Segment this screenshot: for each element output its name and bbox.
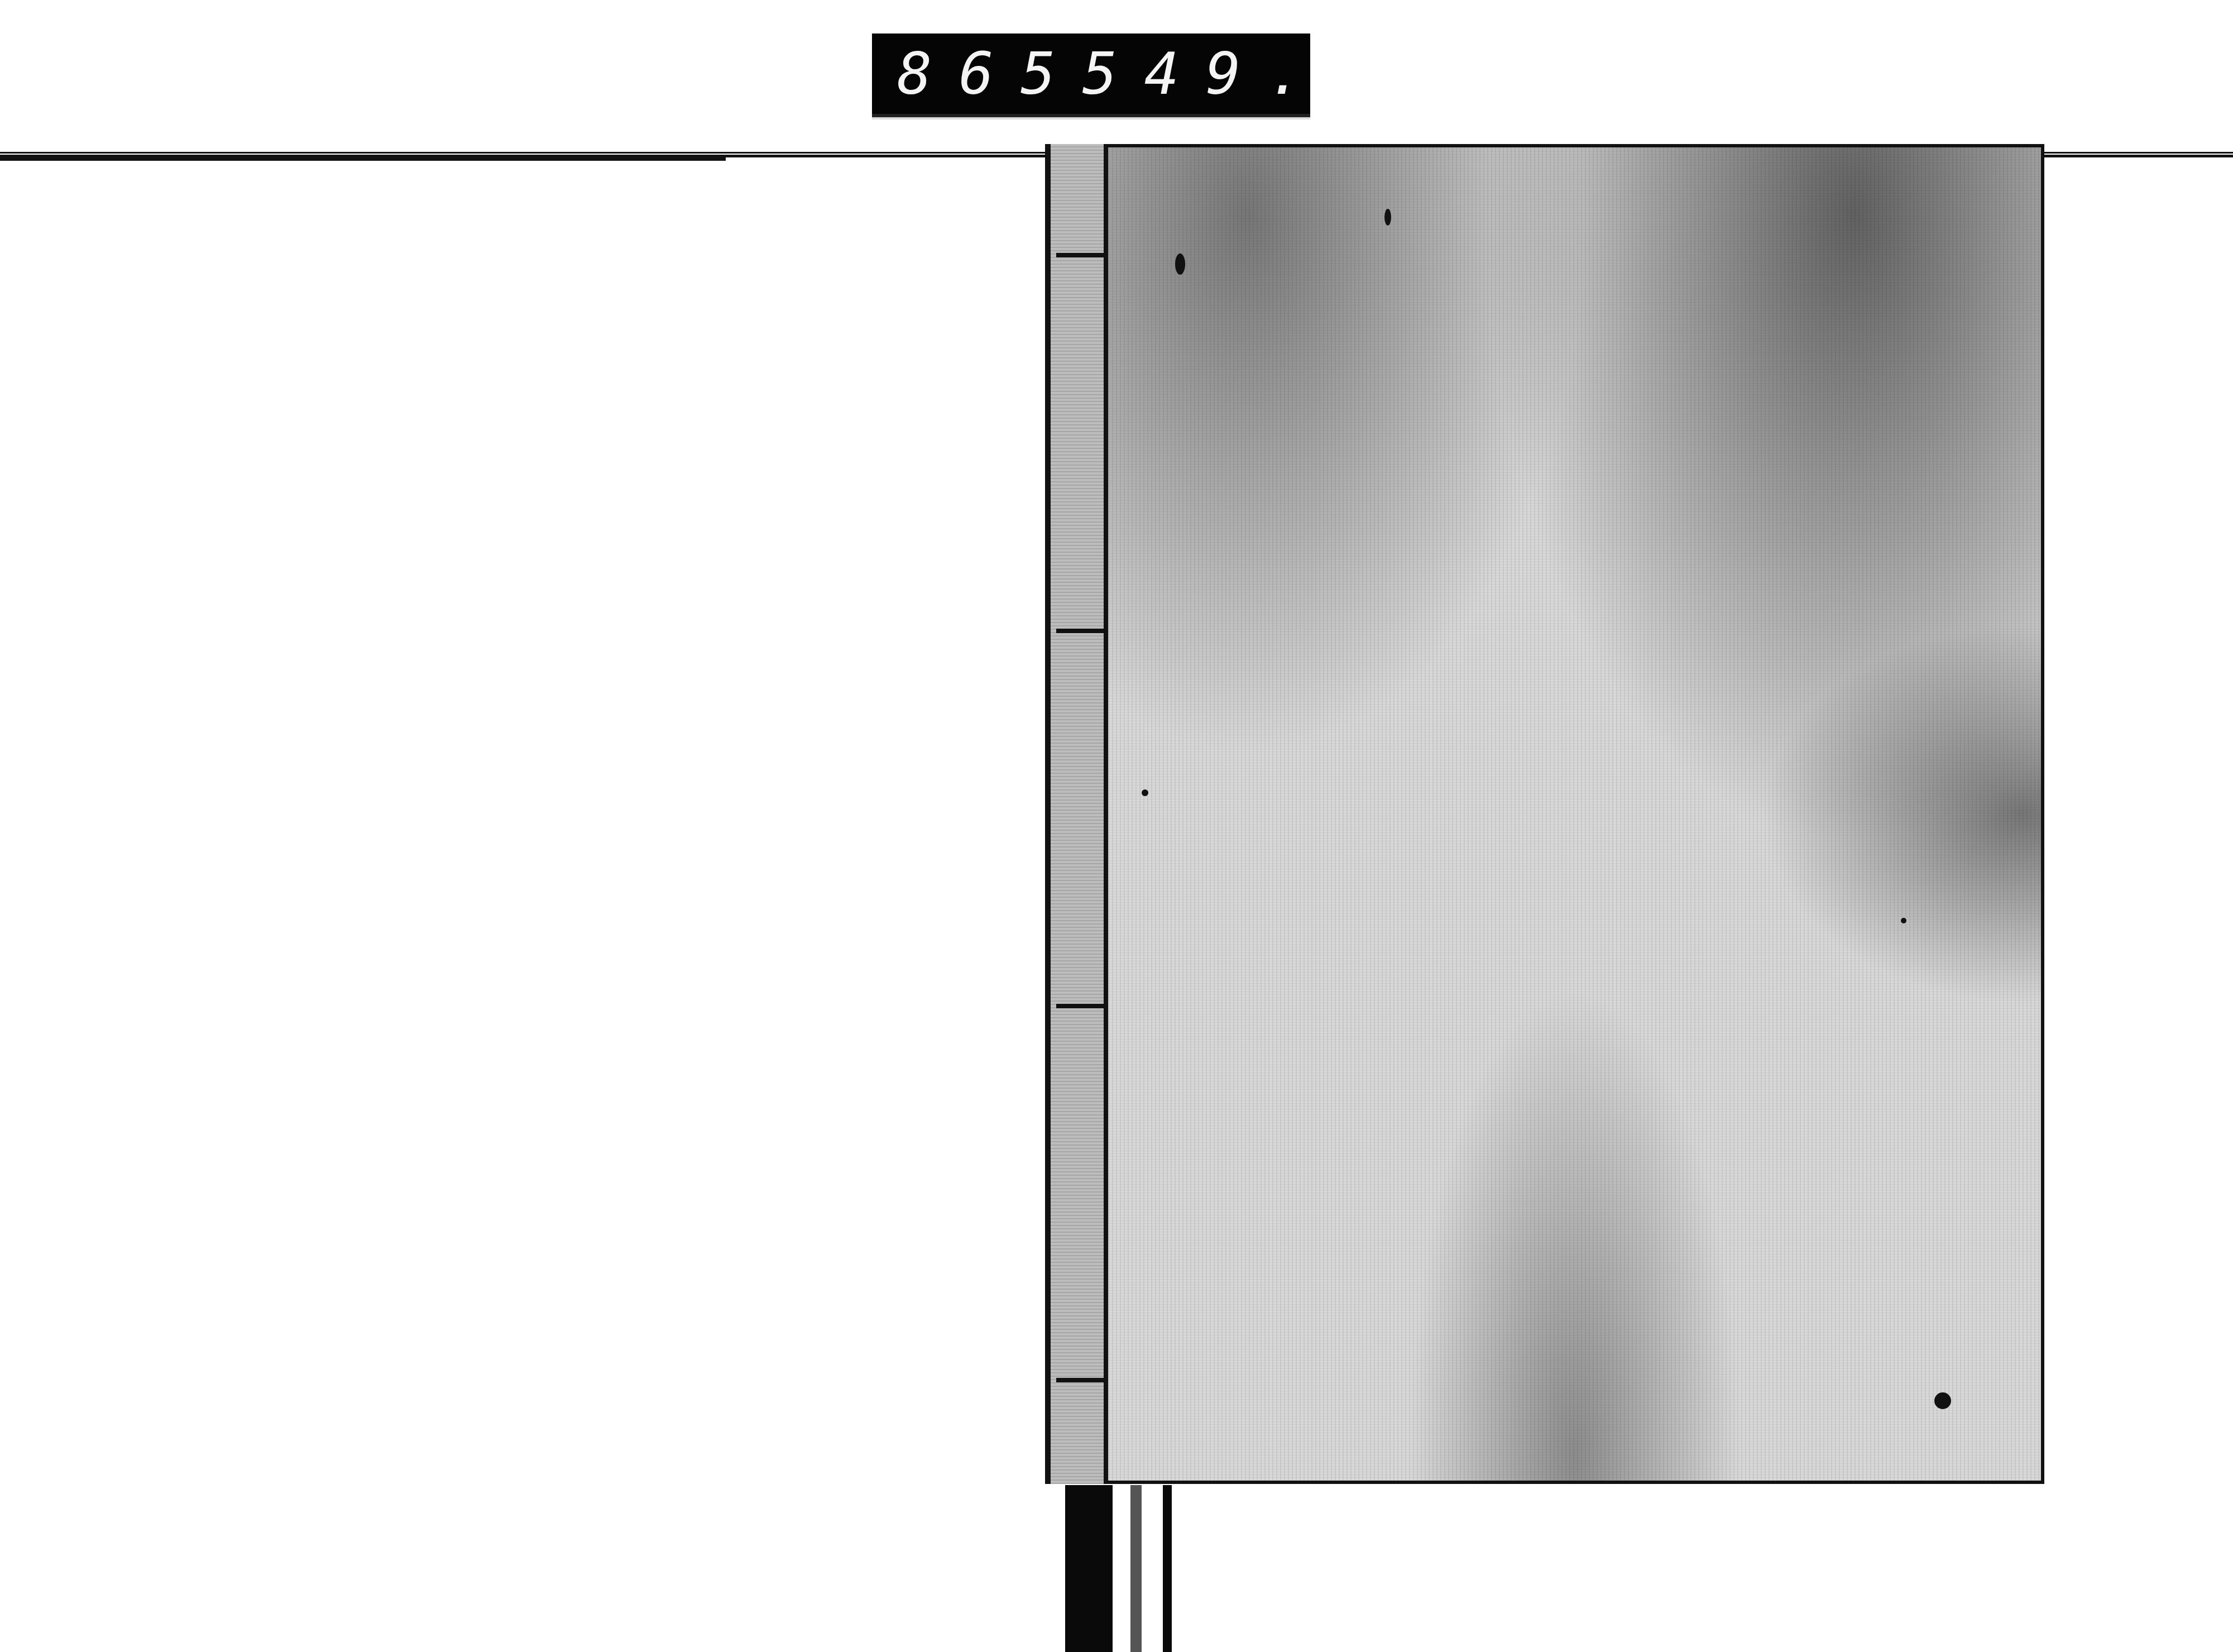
binding-tape [1130,1485,1142,1652]
book-cover [1104,144,2044,1484]
cover-stain [1901,918,1906,923]
binding-tape [1065,1485,1113,1652]
cover-stain [1175,253,1185,275]
binding-stitch [1056,253,1109,257]
cover-stain [1142,789,1148,796]
binding-stitch [1056,629,1109,633]
cover-stain [1934,1392,1951,1409]
frame-counter-right: 549. [1082,40,1329,108]
book [1045,144,2044,1484]
frame-counter: 865 549. [872,33,1310,117]
binding-tape [1163,1485,1172,1652]
book-spine-binding [1045,144,1106,1484]
cover-stain [1384,209,1391,226]
film-top-rule-shadow [0,156,726,161]
frame-counter-left: 865 [897,40,1082,108]
binding-stitch [1056,1378,1109,1382]
binding-stitch [1056,1004,1109,1008]
